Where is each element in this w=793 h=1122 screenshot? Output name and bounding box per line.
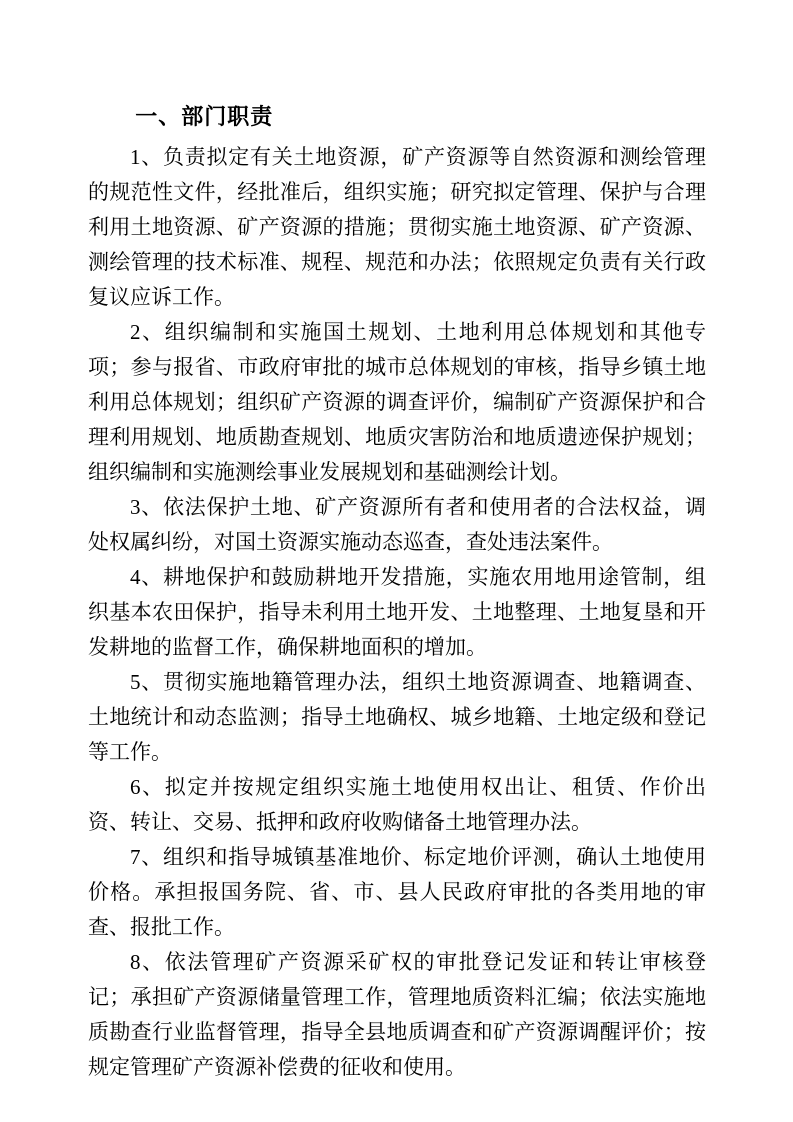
paragraph-duty-1: 1、负责拟定有关土地资源，矿产资源等自然资源和测绘管理的规范性文件，经批准后，组… [88,140,706,315]
document-content: 一、部门职责 1、负责拟定有关土地资源，矿产资源等自然资源和测绘管理的规范性文件… [88,100,706,1085]
paragraph-duty-2: 2、组织编制和实施国土规划、土地利用总体规划和其他专项；参与报省、市政府审批的城… [88,315,706,490]
paragraph-duty-7: 7、组织和指导城镇基准地价、标定地价评测，确认土地使用价格。承担报国务院、省、市… [88,840,706,945]
paragraph-duty-6: 6、拟定并按规定组织实施土地使用权出让、租赁、作价出资、转让、交易、抵押和政府收… [88,770,706,840]
document-page: 一、部门职责 1、负责拟定有关土地资源，矿产资源等自然资源和测绘管理的规范性文件… [0,0,793,1122]
paragraph-duty-8: 8、依法管理矿产资源采矿权的审批登记发证和转让审核登记；承担矿产资源储量管理工作… [88,945,706,1085]
document-title: 一、部门职责 [88,100,706,134]
paragraph-duty-3: 3、依法保护土地、矿产资源所有者和使用者的合法权益，调处权属纠纷，对国土资源实施… [88,490,706,560]
paragraph-duty-5: 5、贯彻实施地籍管理办法，组织土地资源调查、地籍调查、土地统计和动态监测；指导土… [88,665,706,770]
paragraph-duty-4: 4、耕地保护和鼓励耕地开发措施，实施农用地用途管制，组织基本农田保护，指导未利用… [88,560,706,665]
